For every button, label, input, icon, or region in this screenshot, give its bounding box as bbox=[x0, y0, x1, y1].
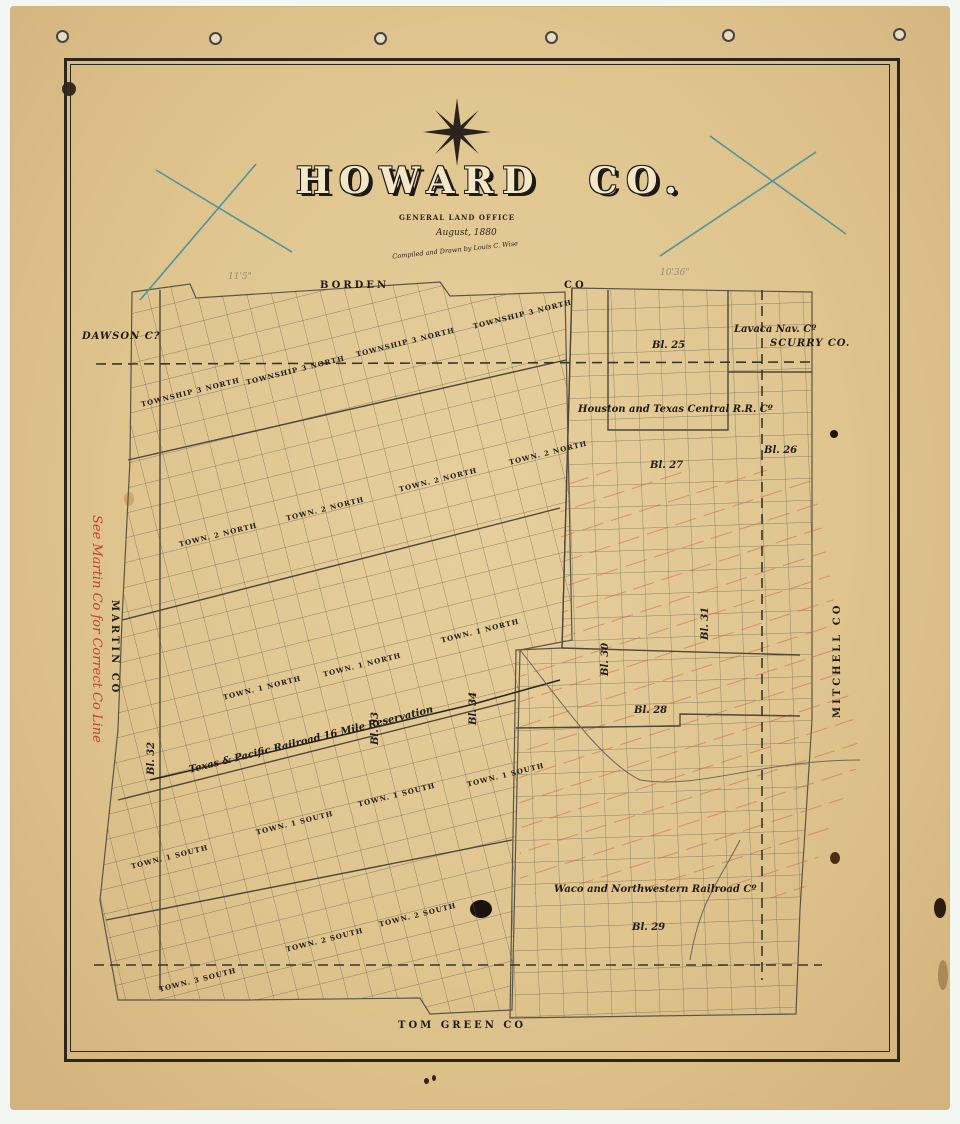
block-label: Bl. 32 bbox=[146, 742, 157, 775]
border-label-north: BORDEN bbox=[320, 280, 389, 291]
block-label: Bl. 25 bbox=[652, 340, 685, 351]
border-label-east: MITCHELL CO bbox=[832, 603, 843, 718]
border-label-north-suffix: CO bbox=[564, 280, 587, 291]
border-label-west-top: DAWSON C? bbox=[82, 331, 161, 342]
pencil-note-right: 10'36" bbox=[660, 268, 690, 278]
block-label: Bl. 28 bbox=[634, 705, 667, 716]
compass-rose-icon bbox=[423, 98, 491, 166]
block-label: Bl. 26 bbox=[764, 445, 797, 456]
general-land-office: GENERAL LAND OFFICE bbox=[399, 213, 515, 222]
title-county-suffix: CO. bbox=[589, 160, 686, 202]
border-label-west: MARTIN CO bbox=[109, 600, 120, 695]
block-label: Bl. 30 bbox=[600, 643, 611, 676]
block-label: Bl. 29 bbox=[632, 922, 665, 933]
red-margin-note: See Martin Co for Correct Co Line bbox=[89, 515, 104, 743]
block-label: Bl. 33 bbox=[370, 712, 381, 745]
title-county-name: HOWARD bbox=[296, 160, 543, 202]
railroad-label: Waco and Northwestern Railroad Cº bbox=[554, 884, 756, 895]
border-label-east-top: SCURRY CO. bbox=[770, 338, 850, 349]
railroad-label: Houston and Texas Central R.R. Cº bbox=[578, 404, 773, 415]
block-label: Bl. 27 bbox=[650, 460, 683, 471]
block-label: Bl. 34 bbox=[468, 692, 479, 725]
border-label-south: TOM GREEN CO bbox=[398, 1020, 526, 1031]
map-date: August, 1880 bbox=[436, 228, 497, 238]
map-title: HOWARDCO. bbox=[296, 160, 686, 202]
pencil-note-left: 11'5" bbox=[228, 272, 252, 282]
railroad-label: Lavaca Nav. Cº bbox=[734, 324, 816, 335]
block-label: Bl. 31 bbox=[700, 607, 711, 640]
